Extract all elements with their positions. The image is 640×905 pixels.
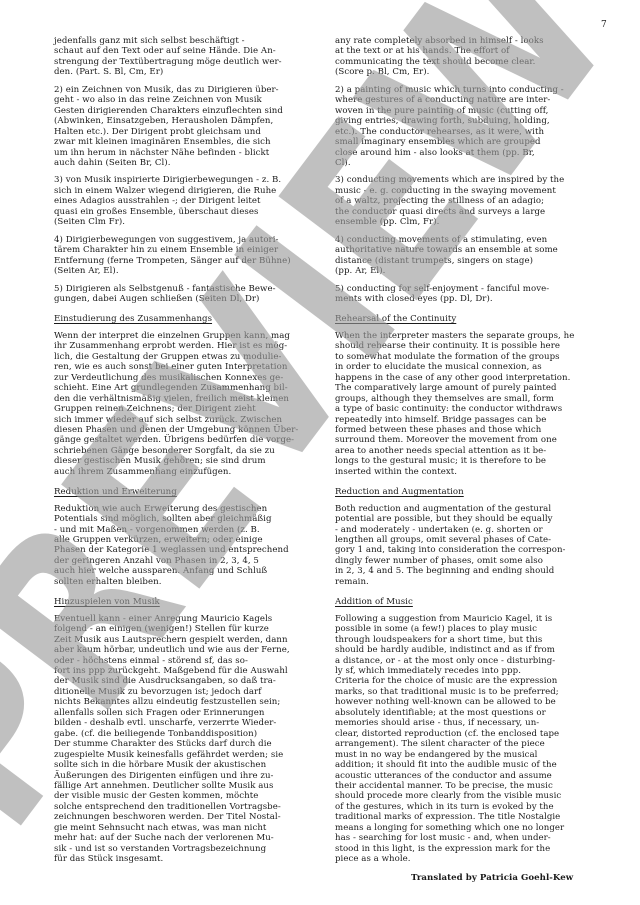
english-item-3: 3) conducting movements which are inspir… <box>335 175 617 227</box>
german-intro-paragraph: jedenfalls ganz mit sich selbst beschäft… <box>54 36 336 78</box>
english-intro-paragraph: any rate completely absorbed in himself … <box>335 36 617 78</box>
english-column: any rate completely absorbed in himself … <box>335 36 617 883</box>
german-item-4: 4) Dirigierbewegungen von suggestivem, j… <box>54 235 336 277</box>
english-addition-body: Following a suggestion from Mauricio Kag… <box>335 614 617 865</box>
german-item-2: 2) ein Zeichnen von Musik, das zu Dirigi… <box>54 85 336 169</box>
english-reduction-body: Both reduction and augmentation of the g… <box>335 504 617 588</box>
english-heading-continuity: Rehearsal of the Continuity <box>335 314 617 324</box>
german-item-5: 5) Dirigieren als Selbstgenuß - fantasti… <box>54 284 336 305</box>
german-continuity-body: Wenn der interpret die einzelnen Gruppen… <box>54 331 336 477</box>
page-number: 7 <box>601 20 607 30</box>
translator-credit: Translated by Patricia Goehl-Kew <box>335 873 617 883</box>
german-heading-addition: Hinzuspielen von Musik <box>54 597 336 607</box>
german-heading-reduction: Reduktion und Erweiterung <box>54 487 336 497</box>
english-item-5: 5) conducting for self-enjoyment - fanci… <box>335 284 617 305</box>
english-continuity-body: When the interpreter masters the separat… <box>335 331 617 477</box>
english-heading-reduction: Reduction and Augmentation <box>335 487 617 497</box>
german-column: jedenfalls ganz mit sich selbst beschäft… <box>54 36 336 872</box>
english-heading-addition: Addition of Music <box>335 597 617 607</box>
german-reduction-body: Reduktion wie auch Erweiterung des gesti… <box>54 504 336 588</box>
english-item-4: 4) conducting movements of a stimulating… <box>335 235 617 277</box>
english-item-2: 2) a painting of music which turns into … <box>335 85 617 169</box>
german-heading-continuity: Einstudierung des Zusammenhangs <box>54 314 336 324</box>
german-addition-body: Eventuell kann - einer Anregung Mauricio… <box>54 614 336 865</box>
german-item-3: 3) von Musik inspirierte Dirigierbewegun… <box>54 175 336 227</box>
